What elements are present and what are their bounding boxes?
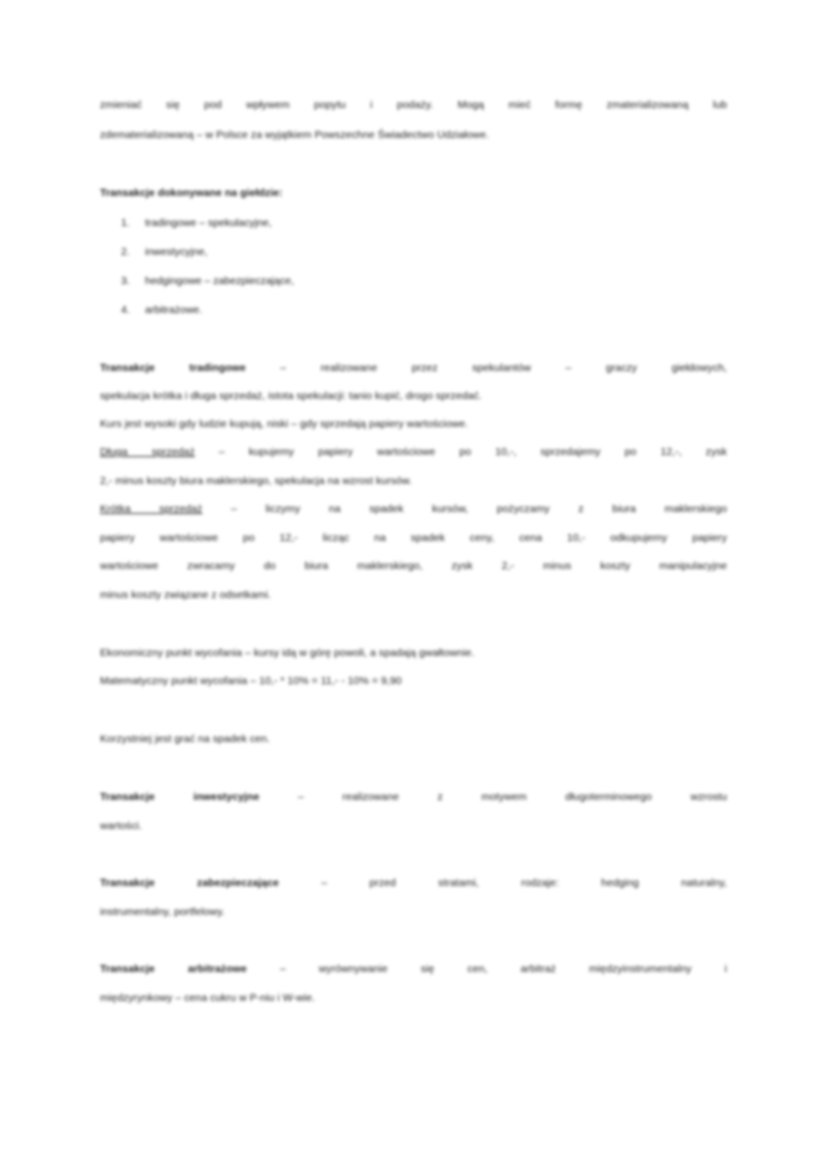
long-sale-label: Długa sprzedaż <box>100 446 195 458</box>
arbitrage-line-1: Transakcje arbitrażowe – wyrównywanie si… <box>100 963 727 975</box>
long-sale-line-1: Długa sprzedaż – kupujemy papiery wartoś… <box>100 446 727 458</box>
short-sale-label: Krótka sprzedaż <box>100 503 202 515</box>
investment-title: Transakcje inwestycyjne <box>100 791 259 803</box>
arbitrage-title: Transakcje arbitrażowe <box>100 963 247 975</box>
list-item: 1.tradingowe – spekulacyjne, <box>121 217 272 229</box>
short-sale-line-2: papiery wartościowe po 12,- licząc na sp… <box>100 532 727 544</box>
profitable-note: Korzystniej jest grać na spadek cen. <box>100 733 270 745</box>
trading-line-3: Kurs jest wysoki gdy ludzie kupują, nisk… <box>100 418 468 430</box>
document-page: zmieniać się pod wpływem popytu i podaży… <box>0 0 827 1169</box>
hedging-line-2: instrumentalny, portfelowy. <box>100 906 225 918</box>
list-item: 3.hedgingowe – zabezpieczające, <box>121 275 294 287</box>
short-sale-line-1: Krótka sprzedaż – liczymy na spadek kurs… <box>100 503 727 515</box>
list-item: 4.arbitrażowe. <box>121 304 202 316</box>
long-sale-line-2: 2,- minus koszty biura maklerskiego, spe… <box>100 475 412 487</box>
trading-paragraph-line-1: Transakcje tradingowe – realizowane prze… <box>100 362 727 374</box>
short-sale-line-4: minus koszty związane z odsetkami. <box>100 589 271 601</box>
short-sale-line-3: wartościowe zwracamy do biura maklerskie… <box>100 560 727 572</box>
intro-line-1: zmieniać się pod wpływem popytu i podaży… <box>100 99 727 111</box>
investment-line-2: wartości. <box>100 820 142 832</box>
list-item: 2.inwestycyjne, <box>121 246 207 258</box>
investment-line-1: Transakcje inwestycyjne – realizowane z … <box>100 791 727 803</box>
trading-line-2: spekulacja krótka i długa sprzedaż, isto… <box>100 390 482 402</box>
trading-title: Transakcje tradingowe <box>100 362 246 374</box>
intro-line-2: zdematerializowaną – w Polsce za wyjątki… <box>100 129 489 141</box>
list-heading: Transakcje dokonywane na giełdzie: <box>100 187 283 199</box>
hedging-line-1: Transakcje zabezpieczające – przed strat… <box>100 877 727 889</box>
stop-loss-line-1: Ekonomiczny punkt wycofania – kursy idą … <box>100 647 474 659</box>
hedging-title: Transakcje zabezpieczające <box>100 877 279 889</box>
arbitrage-line-2: międzyrynkowy – cena cukru w P-niu i W-w… <box>100 992 315 1004</box>
stop-loss-line-2: Matematyczny punkt wycofania – 10,- * 10… <box>100 675 402 687</box>
